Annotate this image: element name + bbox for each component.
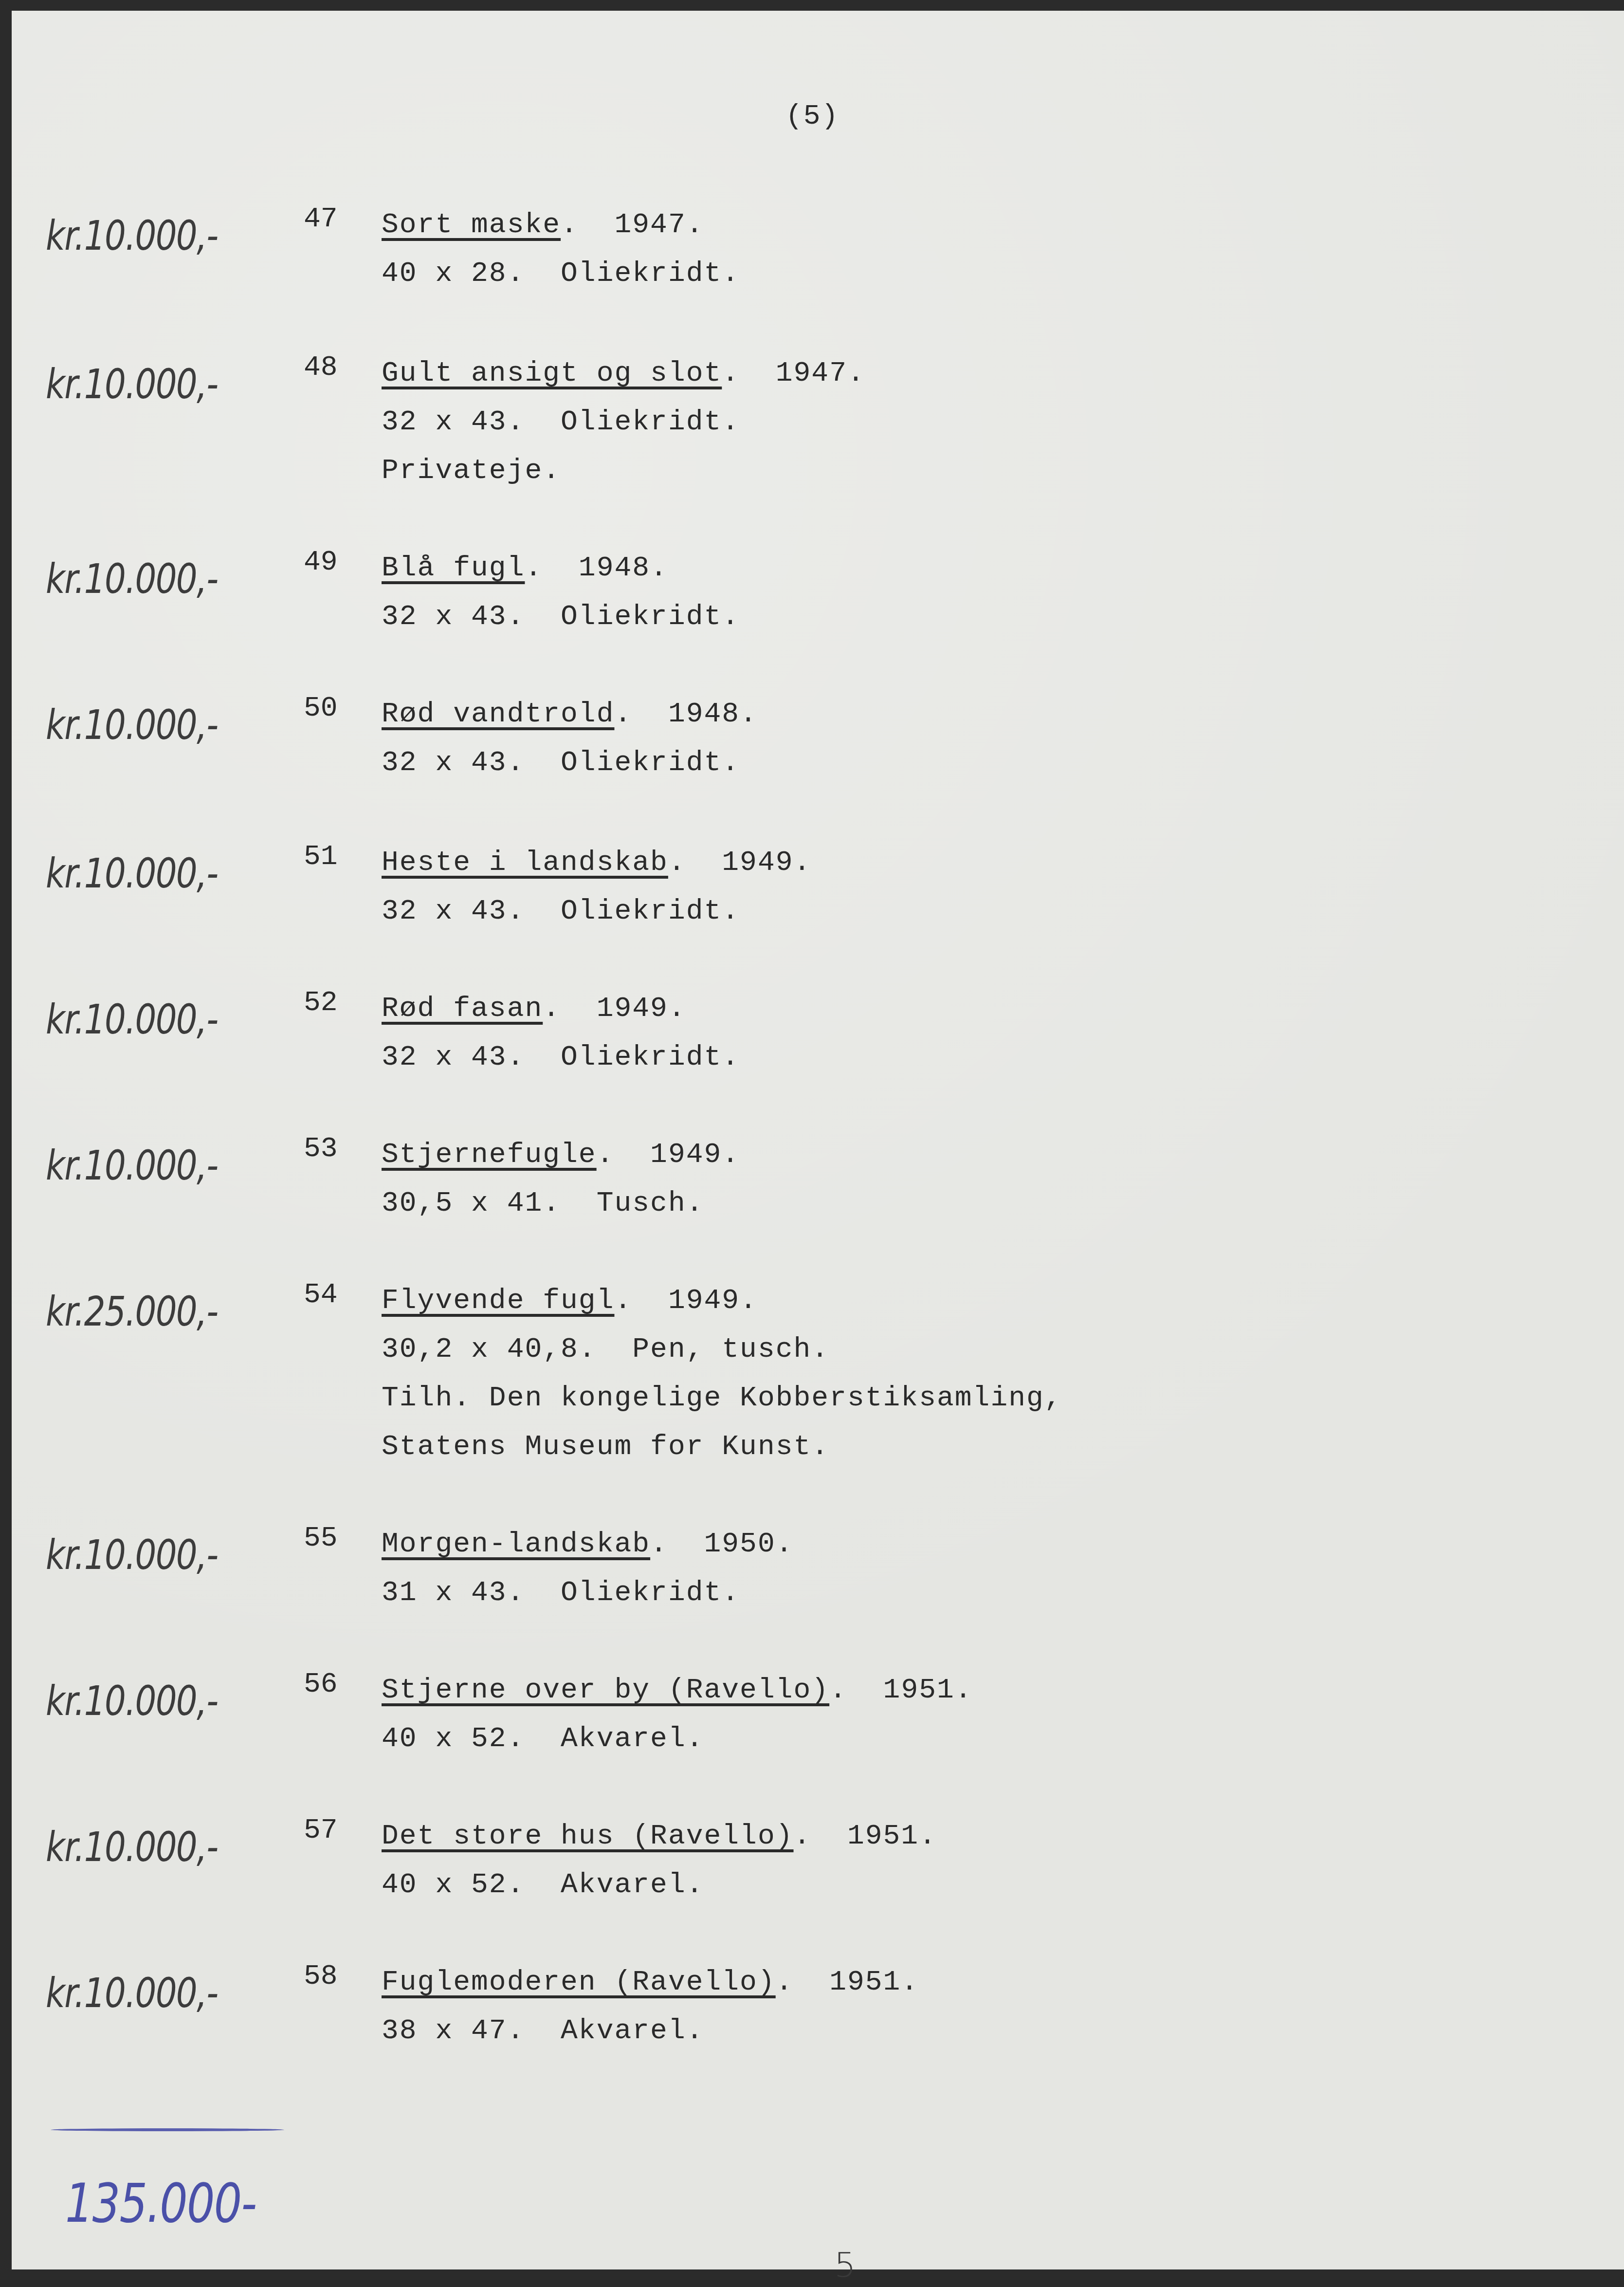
- entry-detail-line: Statens Museum for Kunst.: [382, 1431, 829, 1463]
- entry-detail-line: 38 x 47. Akvarel.: [382, 2015, 704, 2047]
- entry-detail-line: 32 x 43. Oliekridt.: [382, 406, 740, 438]
- catalogue-number: 58: [304, 1961, 338, 1992]
- artwork-year: . 1951.: [829, 1675, 972, 1706]
- price-annotation: kr.10.000,-: [46, 849, 218, 897]
- catalogue-number: 48: [304, 352, 338, 384]
- page-number: 5: [834, 2245, 856, 2285]
- artwork-year: . 1951.: [776, 1967, 919, 1998]
- artwork-year: . 1947.: [722, 358, 865, 389]
- price-annotation: kr.10.000,-: [46, 1531, 218, 1579]
- artwork-title: Sort maske: [382, 209, 561, 241]
- entry-title-line: Flyvende fugl. 1949.: [382, 1285, 758, 1317]
- artwork-title: Fuglemoderen (Ravello): [382, 1967, 776, 1998]
- catalogue-number: 51: [304, 841, 338, 873]
- entry-title-line: Gult ansigt og slot. 1947.: [382, 358, 865, 389]
- artwork-title: Stjerne over by (Ravello): [382, 1675, 829, 1706]
- artwork-year: . 1949.: [668, 847, 811, 879]
- catalogue-number: 52: [304, 987, 338, 1019]
- artwork-title: Gult ansigt og slot: [382, 358, 722, 389]
- entry-detail-line: 32 x 43. Oliekridt.: [382, 601, 740, 633]
- entry-title-line: Sort maske. 1947.: [382, 209, 704, 241]
- entry-detail-line: 32 x 43. Oliekridt.: [382, 747, 740, 779]
- artwork-title: Flyvende fugl: [382, 1285, 614, 1317]
- artwork-year: . 1949.: [597, 1139, 740, 1171]
- artwork-title: Heste i landskab: [382, 847, 668, 879]
- catalogue-number: 49: [304, 547, 338, 578]
- entry-detail-line: 40 x 52. Akvarel.: [382, 1723, 704, 1755]
- price-annotation: kr.25.000,-: [46, 1288, 218, 1335]
- artwork-title: Rød fasan: [382, 993, 543, 1025]
- entry-title-line: Stjernefugle. 1949.: [382, 1139, 740, 1171]
- artwork-year: . 1950.: [650, 1529, 793, 1560]
- artwork-year: . 1949.: [614, 1285, 757, 1317]
- page-label: (5): [785, 101, 839, 132]
- artwork-title: Morgen-landskab: [382, 1529, 650, 1560]
- entry-title-line: Det store hus (Ravello). 1951.: [382, 1821, 937, 1852]
- catalogue-number: 53: [304, 1133, 338, 1165]
- artwork-year: . 1947.: [561, 209, 704, 241]
- artwork-title: Rød vandtrold: [382, 699, 614, 730]
- entry-title-line: Stjerne over by (Ravello). 1951.: [382, 1675, 973, 1706]
- entry-detail-line: 40 x 52. Akvarel.: [382, 1869, 704, 1901]
- entry-detail-line: 32 x 43. Oliekridt.: [382, 1042, 740, 1073]
- handwritten-total: 135.000-: [65, 2172, 256, 2234]
- entry-title-line: Morgen-landskab. 1950.: [382, 1529, 794, 1560]
- total-rule: [51, 2128, 284, 2131]
- artwork-title: Det store hus (Ravello): [382, 1821, 794, 1852]
- price-annotation: kr.10.000,-: [46, 701, 218, 749]
- catalogue-number: 55: [304, 1523, 338, 1554]
- entry-title-line: Rød vandtrold. 1948.: [382, 699, 758, 730]
- entry-detail-line: Privateje.: [382, 455, 561, 487]
- artwork-year: . 1948.: [614, 699, 757, 730]
- catalogue-number: 50: [304, 693, 338, 724]
- price-annotation: kr.10.000,-: [46, 1142, 218, 1189]
- price-annotation: kr.10.000,-: [46, 212, 218, 259]
- artwork-year: . 1949.: [543, 993, 686, 1025]
- catalogue-number: 57: [304, 1815, 338, 1846]
- entry-detail-line: 30,5 x 41. Tusch.: [382, 1188, 704, 1219]
- document-page: (5) kr.10.000,-47Sort maske. 1947.40 x 2…: [12, 11, 1624, 2269]
- catalogue-number: 54: [304, 1279, 338, 1311]
- entry-title-line: Rød fasan. 1949.: [382, 993, 686, 1025]
- artwork-year: . 1951.: [794, 1821, 937, 1852]
- entry-detail-line: 30,2 x 40,8. Pen, tusch.: [382, 1334, 829, 1365]
- entry-detail-line: 32 x 43. Oliekridt.: [382, 896, 740, 927]
- price-annotation: kr.10.000,-: [46, 1969, 218, 2017]
- entry-detail-line: 40 x 28. Oliekridt.: [382, 258, 740, 290]
- entry-detail-line: Tilh. Den kongelige Kobberstiksamling,: [382, 1383, 1062, 1414]
- price-annotation: kr.10.000,-: [46, 360, 218, 408]
- price-annotation: kr.10.000,-: [46, 555, 218, 603]
- artwork-title: Blå fugl: [382, 553, 525, 584]
- entry-detail-line: 31 x 43. Oliekridt.: [382, 1577, 740, 1609]
- artwork-title: Stjernefugle: [382, 1139, 597, 1171]
- catalogue-number: 56: [304, 1669, 338, 1700]
- price-annotation: kr.10.000,-: [46, 1677, 218, 1725]
- catalogue-number: 47: [304, 203, 338, 235]
- entry-title-line: Heste i landskab. 1949.: [382, 847, 811, 879]
- price-annotation: kr.10.000,-: [46, 1823, 218, 1871]
- entry-title-line: Blå fugl. 1948.: [382, 553, 668, 584]
- price-annotation: kr.10.000,-: [46, 996, 218, 1043]
- artwork-year: . 1948.: [525, 553, 668, 584]
- entry-title-line: Fuglemoderen (Ravello). 1951.: [382, 1967, 919, 1998]
